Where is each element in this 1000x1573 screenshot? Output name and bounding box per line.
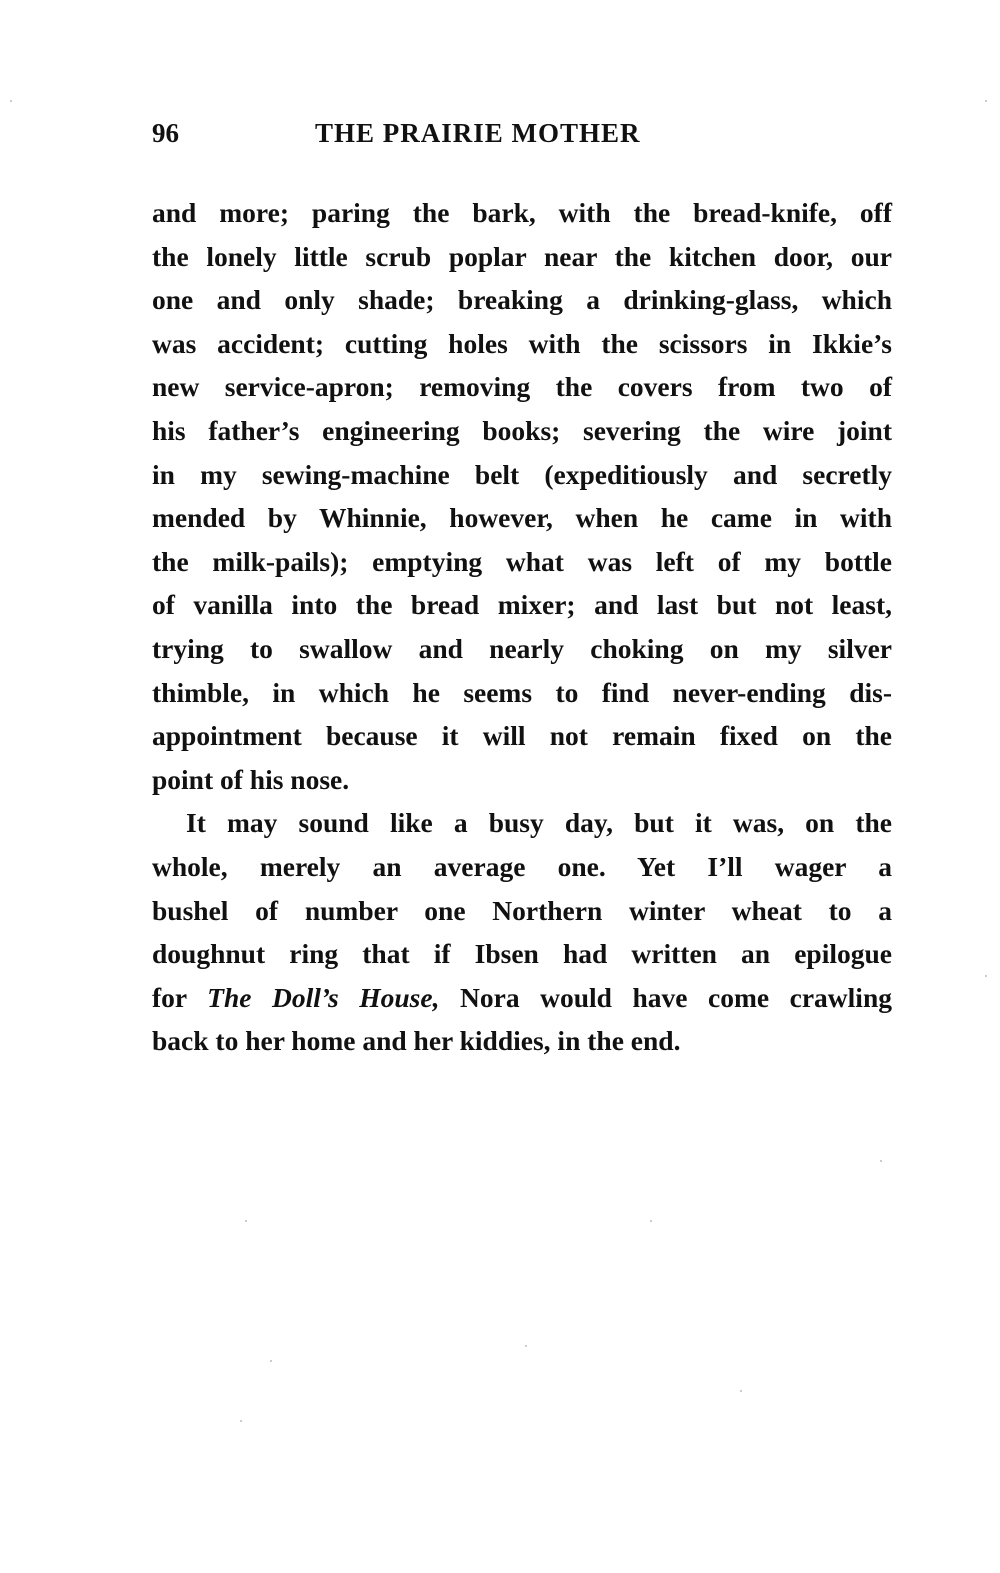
scan-speck — [985, 100, 987, 102]
text-line: new service-apron; removing the covers f… — [152, 365, 892, 409]
page-header: 96 THE PRAIRIE MOTHER — [152, 118, 892, 158]
text-line: and more; paring the bark, with the brea… — [152, 191, 892, 235]
page-number: 96 — [152, 118, 179, 149]
text-line: bushel of number one Northern winter whe… — [152, 889, 892, 933]
text-line: trying to swallow and nearly choking on … — [152, 627, 892, 671]
text-line: mended by Whinnie, however, when he came… — [152, 496, 892, 540]
text-line: the lonely little scrub poplar near the … — [152, 235, 892, 279]
text-line: was accident; cutting holes with the sci… — [152, 322, 892, 366]
scan-speck — [985, 975, 987, 977]
text-line: one and only shade; breaking a drinking-… — [152, 278, 892, 322]
text-line: of vanilla into the bread mixer; and las… — [152, 583, 892, 627]
text-line: back to her home and her kiddies, in the… — [152, 1019, 892, 1063]
body-text: and more; paring the bark, with the brea… — [152, 191, 892, 1063]
scan-speck — [740, 1390, 742, 1392]
scan-speck — [240, 1420, 242, 1422]
text-line: appointment because it will not remain f… — [152, 714, 892, 758]
text-line: the milk-pails); emptying what was left … — [152, 540, 892, 584]
scan-speck — [270, 1360, 272, 1362]
paragraph-1: and more; paring the bark, with the brea… — [152, 191, 892, 801]
text-line: his father’s engineering books; severing… — [152, 409, 892, 453]
text-line: point of his nose. — [152, 758, 892, 802]
running-title: THE PRAIRIE MOTHER — [315, 118, 641, 149]
text-line: thimble, in which he seems to find never… — [152, 671, 892, 715]
scan-speck — [650, 1220, 652, 1222]
text-fragment: for — [152, 982, 207, 1013]
paragraph-2: It may sound like a busy day, but it was… — [152, 801, 892, 1063]
scan-speck — [10, 100, 12, 102]
text-line: in my sewing-machine belt (expeditiously… — [152, 453, 892, 497]
scan-speck — [245, 1220, 247, 1222]
text-line: whole, merely an average one. Yet I’ll w… — [152, 845, 892, 889]
italic-title: The Doll’s House, — [207, 982, 439, 1013]
text-line: It may sound like a busy day, but it was… — [152, 801, 892, 845]
text-line-with-italic: for The Doll’s House, Nora would have co… — [152, 976, 892, 1020]
text-fragment: Nora would have come crawling — [439, 982, 892, 1013]
scan-speck — [525, 1345, 527, 1347]
text-line: doughnut ring that if Ibsen had written … — [152, 932, 892, 976]
scan-speck — [880, 1160, 882, 1162]
